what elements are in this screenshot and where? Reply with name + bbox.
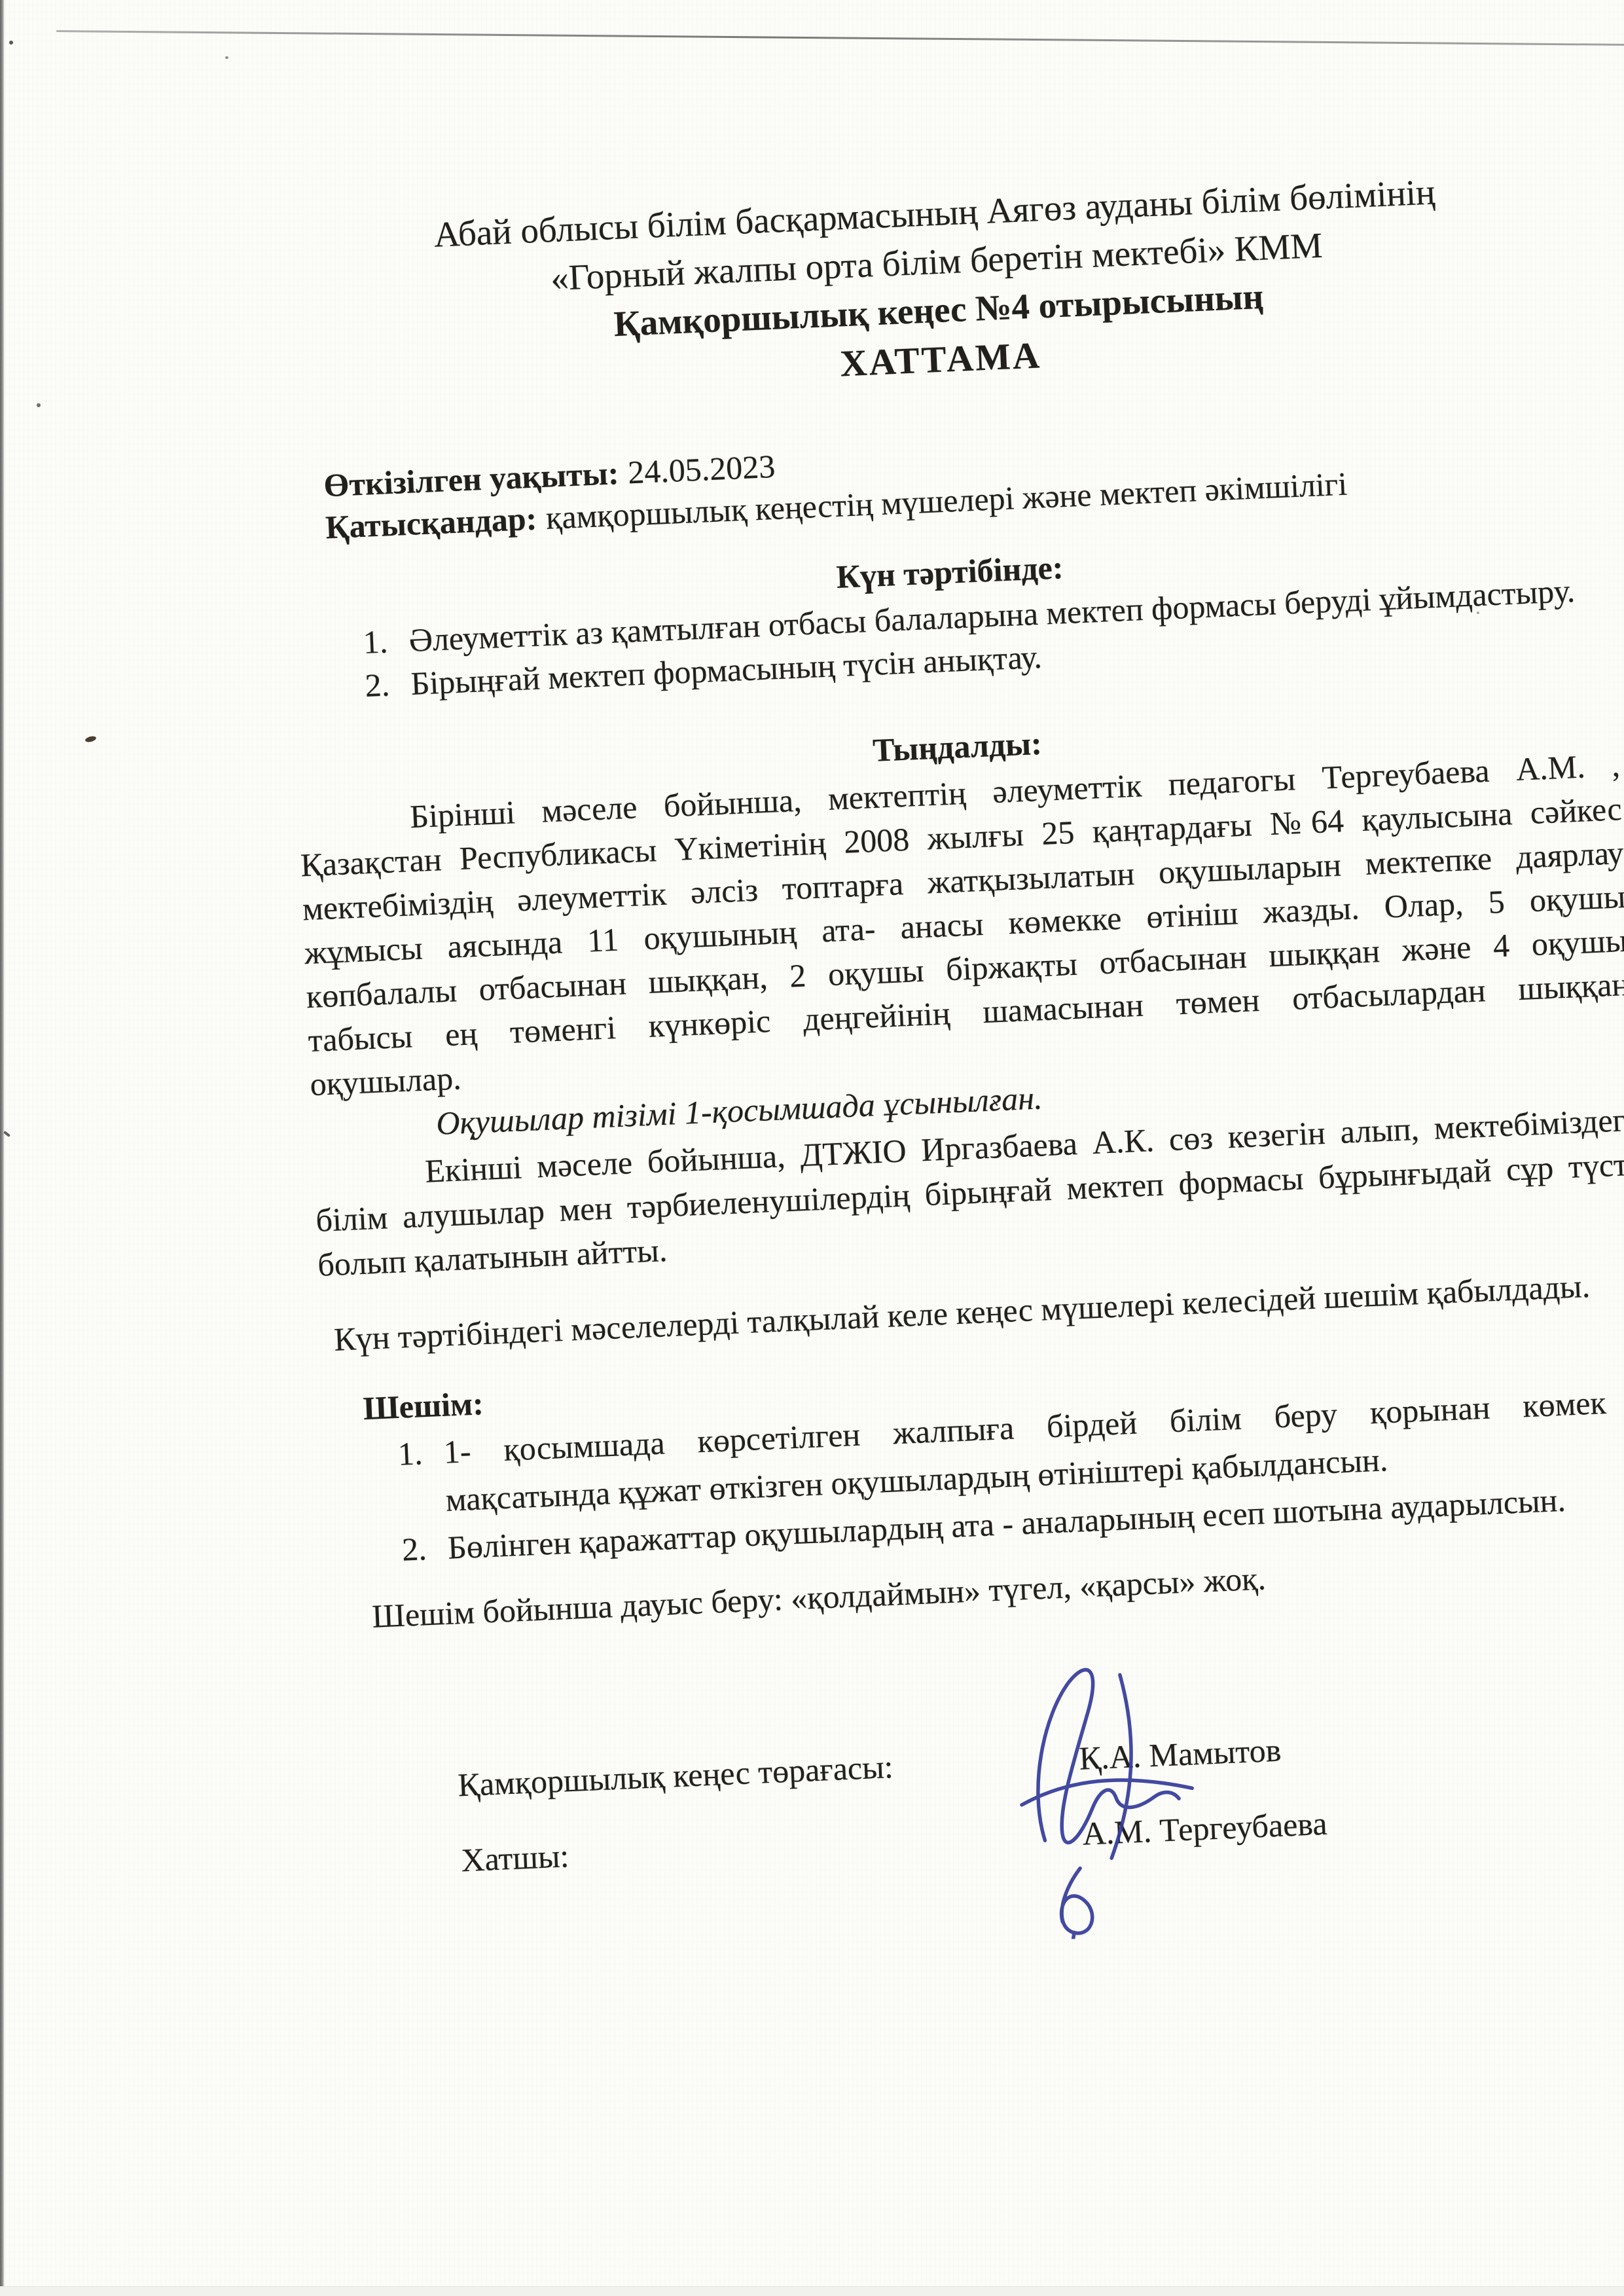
meeting-date-value: 24.05.2023 bbox=[627, 448, 776, 491]
chair-signature-ink bbox=[1038, 1669, 1180, 1844]
scan-top-edge-line bbox=[56, 30, 1624, 46]
chair-signature-ink bbox=[1111, 1675, 1132, 1858]
decision-item-number: 1. bbox=[397, 1429, 446, 1526]
ink-speck bbox=[37, 403, 41, 407]
document-title-block: Абай облысы білім басқармасының Аягөз ау… bbox=[273, 161, 1602, 414]
secretary-signature-ink bbox=[1061, 1868, 1092, 1933]
secretary-signature-ink bbox=[1060, 1932, 1075, 1940]
scanned-document-page: Абай облысы білім басқармасының Аягөз ау… bbox=[0, 0, 1624, 2296]
ink-speck bbox=[84, 735, 96, 743]
signature-block: Қамқоршылық кеңес төрағасы: Қ.А. Мамытов… bbox=[457, 1712, 1624, 1882]
agenda-item-number: 1. bbox=[362, 619, 410, 664]
document-body: Абай облысы білім басқармасының Аягөз ау… bbox=[272, 136, 1624, 1887]
ink-speck bbox=[9, 41, 13, 45]
scan-bottom-edge bbox=[0, 2286, 1624, 2296]
meeting-meta-block: Өткізілген уақыты:24.05.2023 Қатысқандар… bbox=[323, 410, 1608, 549]
signatures-ink bbox=[981, 1650, 1206, 1940]
ink-speck bbox=[225, 56, 228, 59]
scan-left-edge-shadow bbox=[0, 0, 5, 2296]
decision-item-number: 2. bbox=[401, 1524, 449, 1574]
attendees-label: Қатысқандар: bbox=[325, 500, 537, 546]
heard-paragraph-1: Бірінші мәселе бойынша, мектептің әлеуме… bbox=[298, 743, 1624, 1106]
agenda-item-number: 2. bbox=[364, 662, 412, 707]
